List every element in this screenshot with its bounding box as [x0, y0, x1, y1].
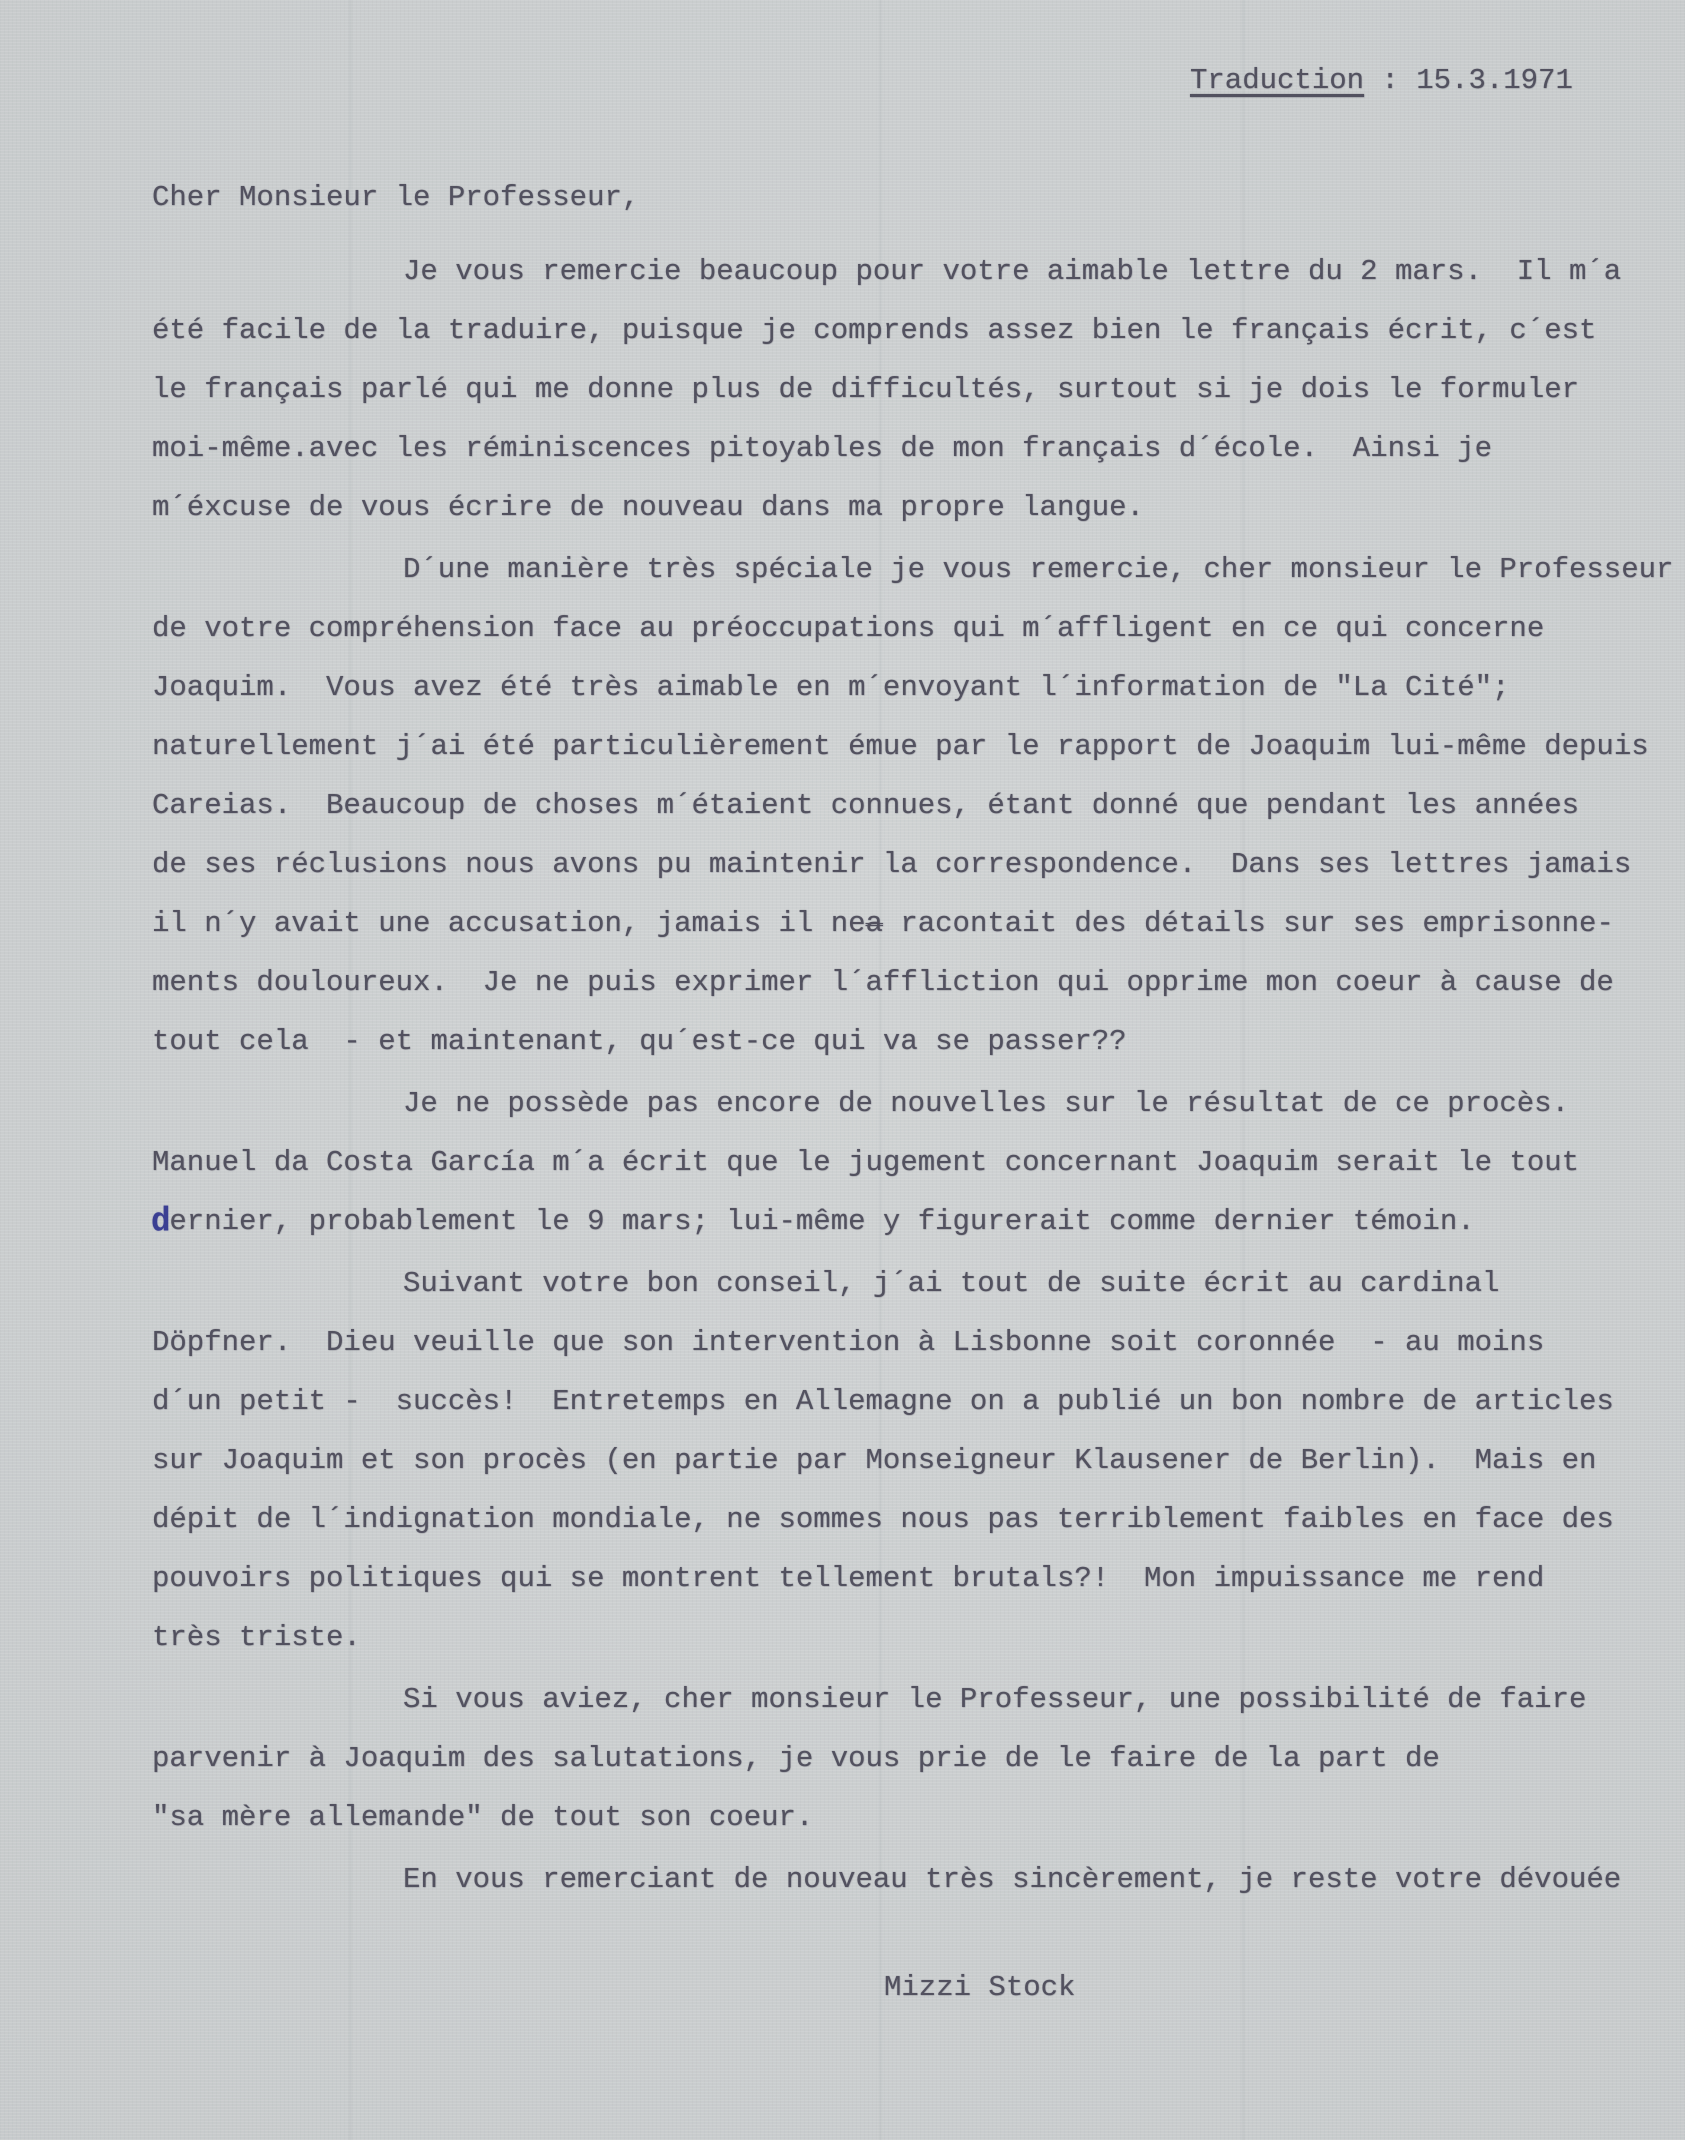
letter-line: dépit de l´indignation mondiale, ne somm… [152, 1490, 1673, 1549]
letter-line: sur Joaquim et son procès (en partie par… [152, 1431, 1673, 1490]
letter-line: Joaquim. Vous avez été très aimable en m… [152, 658, 1673, 717]
letter-line: tout cela - et maintenant, qu´est-ce qui… [152, 1012, 1673, 1071]
letter-line: ments douloureux. Je ne puis exprimer l´… [152, 953, 1673, 1012]
paragraph: Je ne possède pas encore de nouvelles su… [152, 1074, 1673, 1251]
text-segment: racontait des détails sur ses emprisonne… [883, 907, 1614, 940]
strike-text: a [866, 907, 883, 940]
letter-line: il n´y avait une accusation, jamais il n… [152, 894, 1673, 953]
text-segment: ernier, probablement le 9 mars; lui-même… [169, 1205, 1474, 1238]
letter-page: Traduction : 15.3.1971 Cher Monsieur le … [0, 0, 1685, 2140]
letter-line: dernier, probablement le 9 mars; lui-mêm… [152, 1192, 1673, 1251]
pen-text: d [151, 1187, 170, 1257]
paragraph: Suivant votre bon conseil, j´ai tout de … [152, 1254, 1673, 1667]
letter-line: D´une manière très spéciale je vous reme… [152, 540, 1673, 599]
letter-line: été facile de la traduire, puisque je co… [152, 301, 1673, 360]
letter-line: de votre compréhension face au préoccupa… [152, 599, 1673, 658]
paragraph: En vous remerciant de nouveau très sincè… [152, 1850, 1673, 1909]
letter-line: Si vous aviez, cher monsieur le Professe… [152, 1670, 1673, 1729]
letter-body: Je vous remercie beaucoup pour votre aim… [152, 242, 1673, 1909]
letter-line: Je ne possède pas encore de nouvelles su… [152, 1074, 1673, 1133]
letter-line: moi-même.avec les réminiscences pitoyabl… [152, 419, 1673, 478]
paragraph: D´une manière très spéciale je vous reme… [152, 540, 1673, 1071]
letter-line: Manuel da Costa García m´a écrit que le … [152, 1133, 1673, 1192]
paragraph: Si vous aviez, cher monsieur le Professe… [152, 1670, 1673, 1847]
signature: Mizzi Stock [884, 1958, 1075, 2017]
letter-line: pouvoirs politiques qui se montrent tell… [152, 1549, 1673, 1608]
letter-line: naturellement j´ai été particulièrement … [152, 717, 1673, 776]
salutation: Cher Monsieur le Professeur, [152, 168, 639, 227]
letter-line: de ses réclusions nous avons pu mainteni… [152, 835, 1673, 894]
letter-line: Suivant votre bon conseil, j´ai tout de … [152, 1254, 1673, 1313]
letter-line: Je vous remercie beaucoup pour votre aim… [152, 242, 1673, 301]
letter-line: Careias. Beaucoup de choses m´étaient co… [152, 776, 1673, 835]
paragraph: Je vous remercie beaucoup pour votre aim… [152, 242, 1673, 537]
translation-date: : 15.3.1971 [1364, 64, 1573, 97]
translation-header: Traduction : 15.3.1971 [1190, 59, 1573, 103]
letter-line: "sa mère allemande" de tout son coeur. [152, 1788, 1673, 1847]
letter-line: m´éxcuse de vous écrire de nouveau dans … [152, 478, 1673, 537]
letter-line: Döpfner. Dieu veuille que son interventi… [152, 1313, 1673, 1372]
letter-line: En vous remerciant de nouveau très sincè… [152, 1850, 1673, 1909]
letter-line: parvenir à Joaquim des salutations, je v… [152, 1729, 1673, 1788]
letter-line: d´un petit - succès! Entretemps en Allem… [152, 1372, 1673, 1431]
text-segment: il n´y avait une accusation, jamais il n… [152, 907, 866, 940]
letter-line: très triste. [152, 1608, 1673, 1667]
translation-label: Traduction [1190, 64, 1364, 97]
letter-line: le français parlé qui me donne plus de d… [152, 360, 1673, 419]
